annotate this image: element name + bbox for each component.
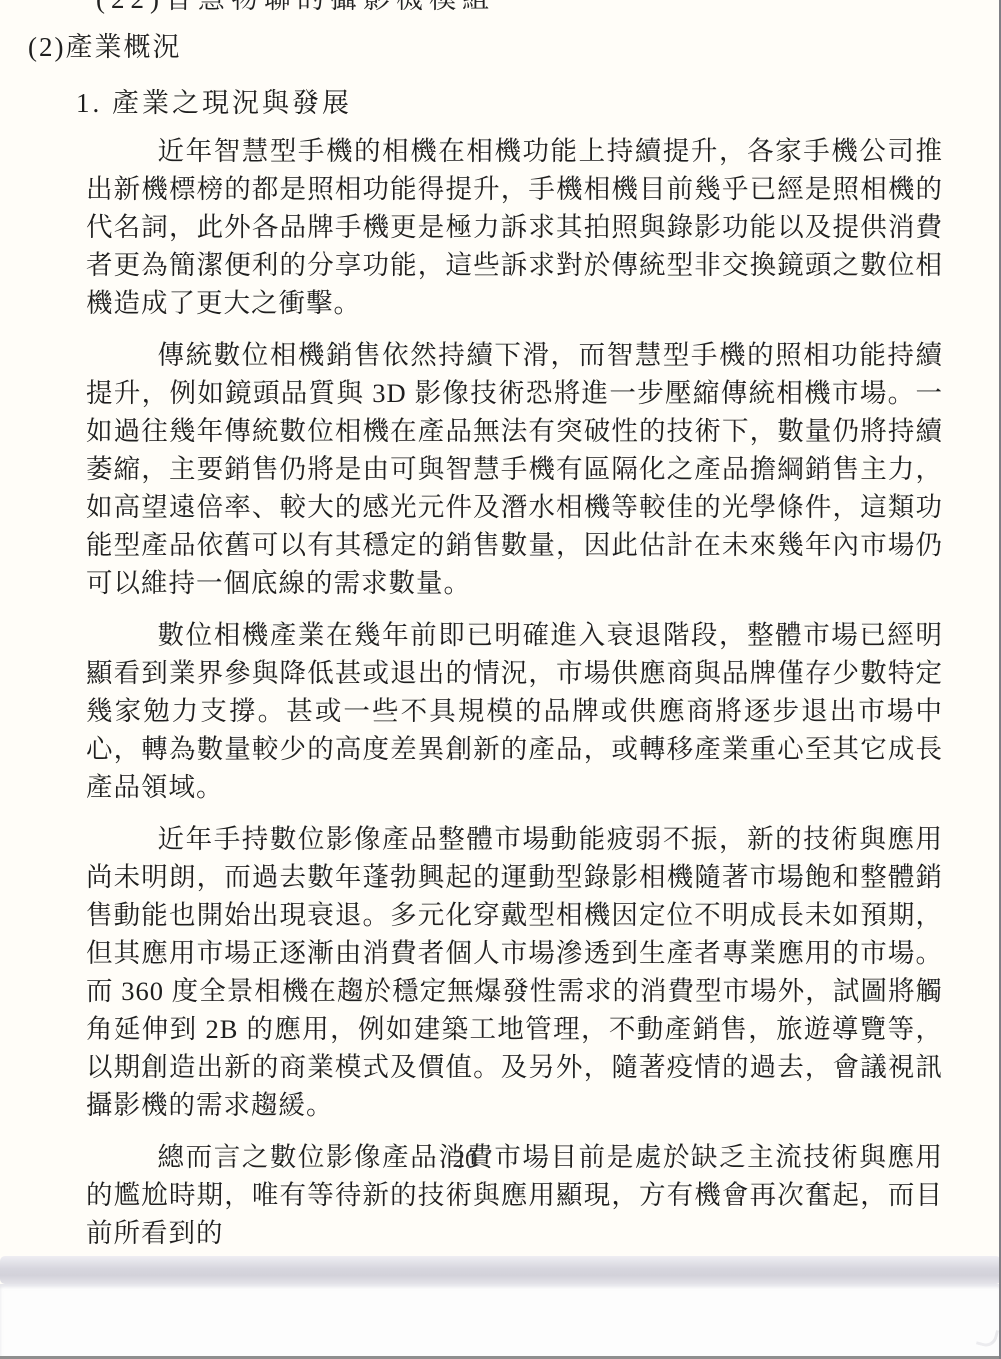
paragraph: 近年智慧型手機的相機在相機功能上持續提升，各家手機公司推出新機標榜的都是照相功能… — [86, 132, 943, 322]
paragraph: 傳統數位相機銷售依然持續下滑，而智慧型手機的照相功能持續提升，例如鏡頭品質與 3… — [86, 336, 943, 602]
paragraph: 數位相機產業在幾年前即已明確進入衰退階段，整體市場已經明顯看到業界參與降低甚或退… — [86, 616, 943, 806]
page-separator-band — [0, 1256, 1001, 1284]
page-number: 20 — [0, 1146, 930, 1174]
scanned-document-page: (22)智慧物聯的攝影機模組 (2)產業概況 1. 產業之現況與發展 近年智慧型… — [0, 0, 1001, 1359]
section-heading: (2)產業概況 — [28, 30, 1001, 64]
body-text-block: 近年智慧型手機的相機在相機功能上持續提升，各家手機公司推出新機標榜的都是照相功能… — [0, 132, 1001, 1252]
clipped-previous-line: (22)智慧物聯的攝影機模組 — [96, 0, 495, 15]
next-page-top-edge — [0, 1284, 1001, 1359]
subsection-heading: 1. 產業之現況與發展 — [76, 86, 1001, 120]
paragraph: 近年手持數位影像產品整體市場動能疲弱不振，新的技術與應用尚未明朗，而過去數年蓬勃… — [86, 820, 943, 1124]
